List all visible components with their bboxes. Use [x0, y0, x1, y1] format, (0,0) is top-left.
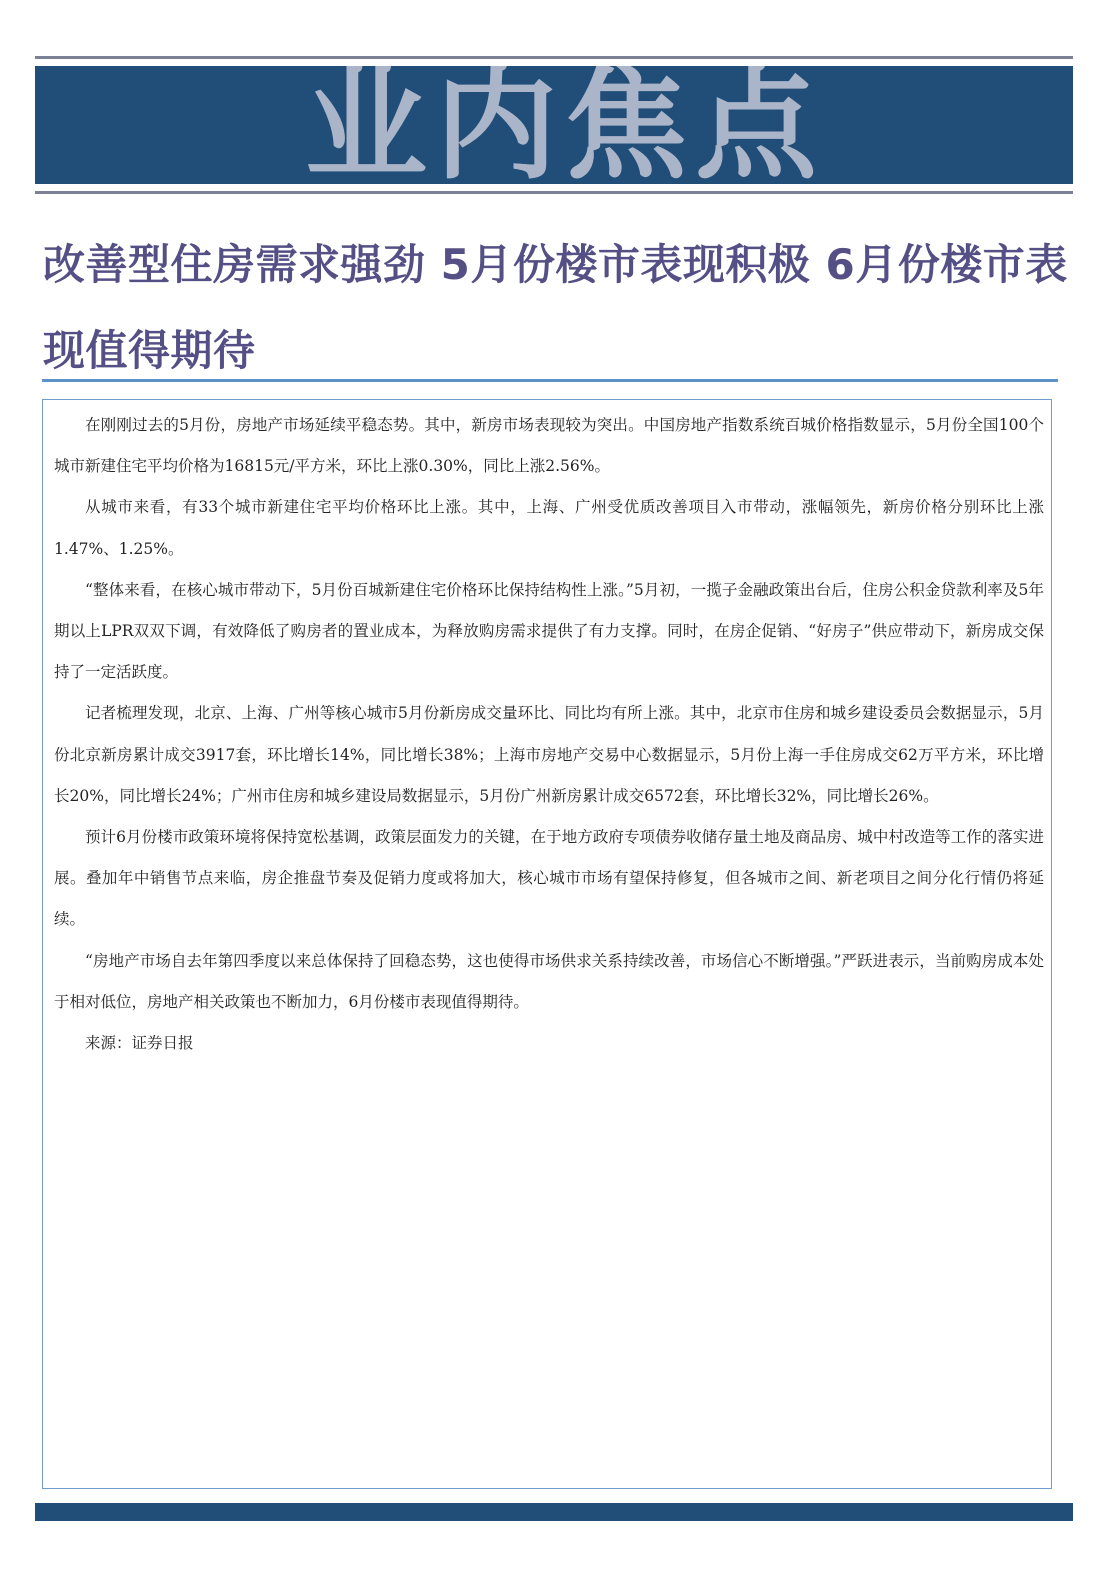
article-source: 来源：证券日报 [54, 1023, 1044, 1064]
article-paragraph: 在刚刚过去的5月份，房地产市场延续平稳态势。其中，新房市场表现较为突出。中国房地… [54, 405, 1044, 487]
section-banner: 业内焦点 [35, 66, 1073, 184]
article-paragraph: 从城市来看，有33个城市新建住宅平均价格环比上涨。其中，上海、广州受优质改善项目… [54, 487, 1044, 569]
article-paragraph: 记者梳理发现，北京、上海、广州等核心城市5月份新房成交量环比、同比均有所上涨。其… [54, 693, 1044, 817]
article-paragraph: “整体来看，在核心城市带动下，5月份百城新建住宅价格环比保持结构性上涨。”5月初… [54, 570, 1044, 694]
footer-bar [35, 1503, 1073, 1521]
article-body: 在刚刚过去的5月份，房地产市场延续平稳态势。其中，新房市场表现较为突出。中国房地… [54, 405, 1044, 1064]
article-paragraph: “房地产市场自去年第四季度以来总体保持了回稳态势，这也使得市场供求关系持续改善，… [54, 941, 1044, 1023]
article-paragraph: 预计6月份楼市政策环境将保持宽松基调，政策层面发力的关键，在于地方政府专项债券收… [54, 817, 1044, 941]
article-headline: 改善型住房需求强劲 5月份楼市表现积极 6月份楼市表现值得期待 [43, 222, 1073, 394]
headline-underline [42, 379, 1058, 382]
section-banner-title: 业内焦点 [215, 66, 915, 184]
top-divider [35, 56, 1073, 59]
banner-bottom-divider [35, 191, 1073, 194]
